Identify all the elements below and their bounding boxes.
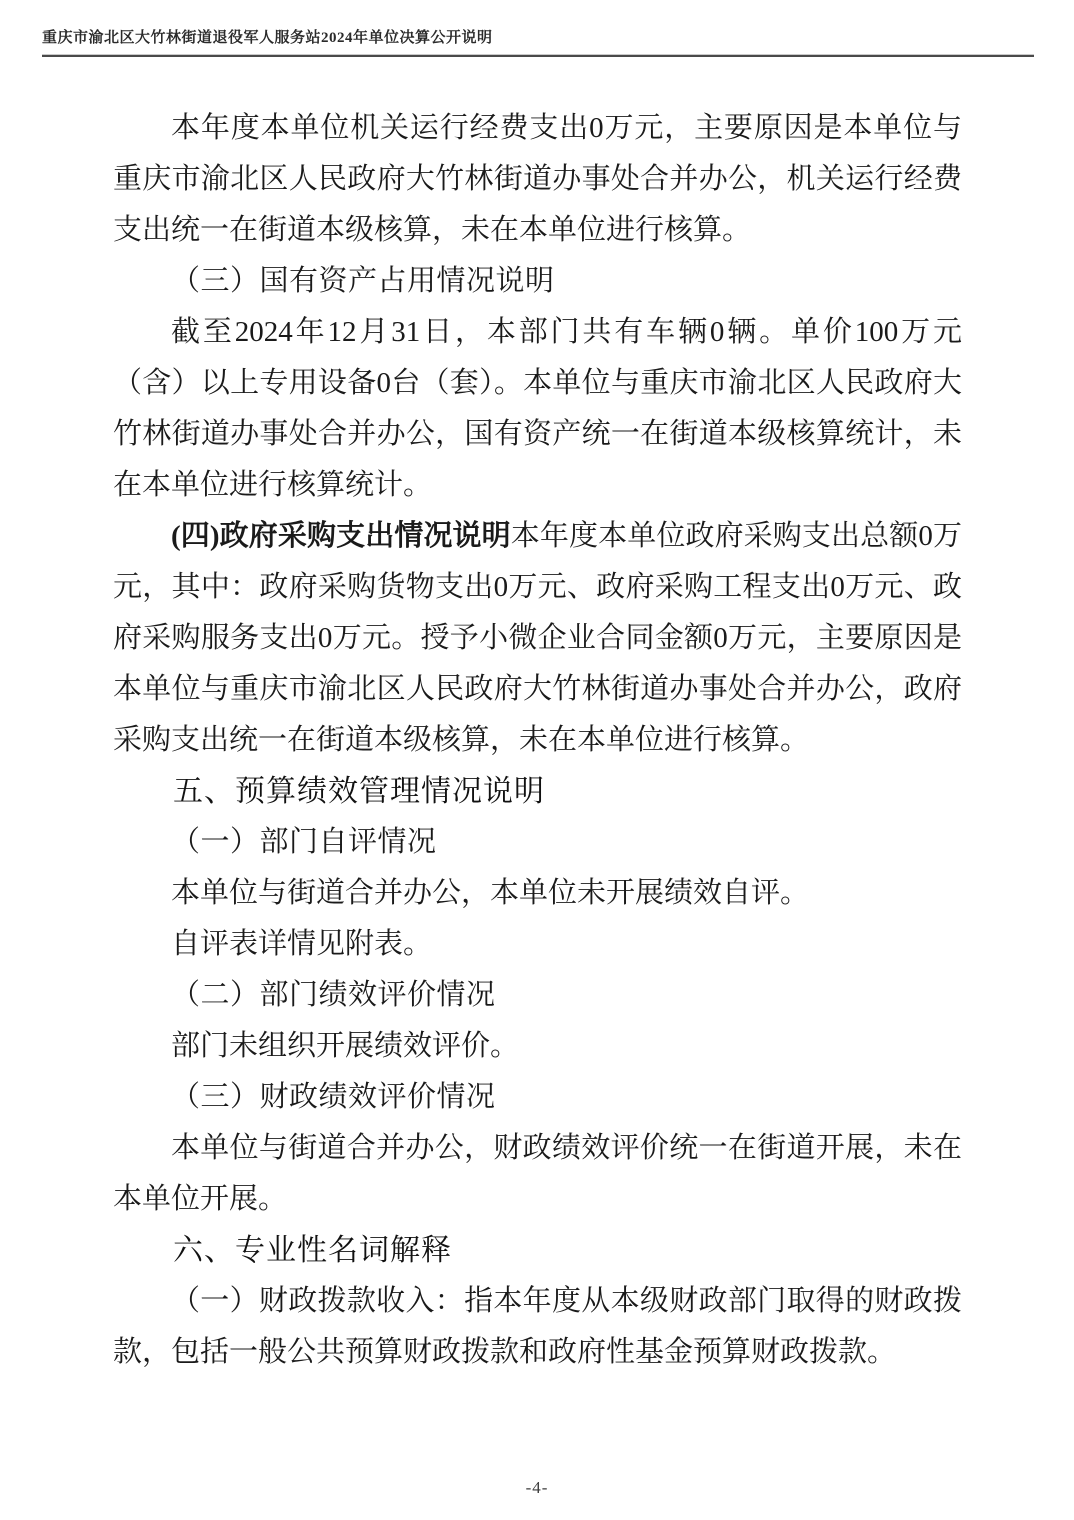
header-divider-rule	[42, 54, 1034, 57]
document-body: 本年度本单位机关运行经费支出0万元，主要原因是本单位与重庆市渝北区人民政府大竹林…	[113, 103, 962, 1378]
heading-department-evaluation: （二）部门绩效评价情况	[113, 970, 962, 1021]
document-page: 重庆市渝北区大竹林街道退役军人服务站2024年单位决算公开说明 本年度本单位机关…	[0, 0, 1074, 1520]
paragraph-procurement-text: 本年度本单位政府采购支出总额0万元，其中：政府采购货物支出0万元、政府采购工程支…	[113, 520, 962, 756]
heading-section-5: 五、预算绩效管理情况说明	[113, 766, 962, 817]
paragraph-state-assets: 截至2024年12月31日，本部门共有车辆0辆。单价100万元（含）以上专用设备…	[113, 307, 962, 511]
paragraph-term-fiscal-income: （一）财政拨款收入：指本年度从本级财政部门取得的财政拨款，包括一般公共预算财政拨…	[113, 1276, 962, 1378]
paragraph-fiscal-evaluation: 本单位与街道合并办公，财政绩效评价统一在街道开展，未在本单位开展。	[113, 1123, 962, 1225]
heading-procurement-inline: (四)政府采购支出情况说明	[171, 520, 511, 552]
document-header-title: 重庆市渝北区大竹林街道退役军人服务站2024年单位决算公开说明	[42, 28, 1034, 48]
heading-fiscal-evaluation: （三）财政绩效评价情况	[113, 1072, 962, 1123]
paragraph-department-evaluation: 部门未组织开展绩效评价。	[113, 1021, 962, 1072]
heading-state-assets: （三）国有资产占用情况说明	[113, 256, 962, 307]
page-number: -4-	[0, 1478, 1074, 1498]
paragraph-operating-expense: 本年度本单位机关运行经费支出0万元，主要原因是本单位与重庆市渝北区人民政府大竹林…	[113, 103, 962, 256]
paragraph-procurement: (四)政府采购支出情况说明本年度本单位政府采购支出总额0万元，其中：政府采购货物…	[113, 511, 962, 766]
heading-section-6: 六、专业性名词解释	[113, 1225, 962, 1276]
page-header: 重庆市渝北区大竹林街道退役军人服务站2024年单位决算公开说明	[42, 28, 1034, 57]
paragraph-self-evaluation-table: 自评表详情见附表。	[113, 919, 962, 970]
paragraph-self-evaluation: 本单位与街道合并办公，本单位未开展绩效自评。	[113, 868, 962, 919]
heading-self-evaluation: （一）部门自评情况	[113, 817, 962, 868]
